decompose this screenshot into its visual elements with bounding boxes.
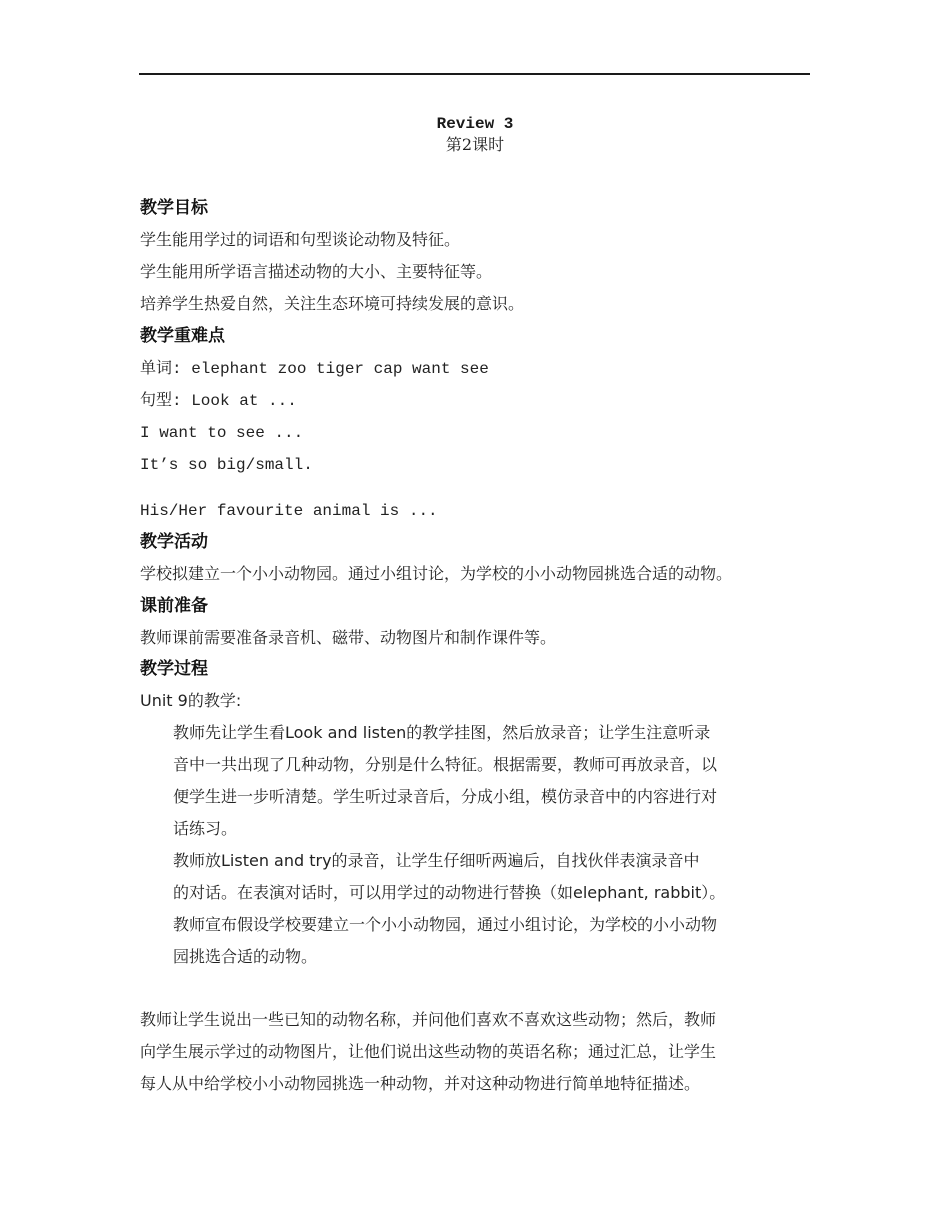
procedure-line: 音中一共出现了几种动物，分别是什么特征。根据需要，教师可再放录音，以 <box>173 754 717 776</box>
section-heading-activity: 教学活动 <box>140 531 208 553</box>
title-block: Review 3 第2课时 <box>0 114 950 156</box>
procedure-line: 话练习。 <box>173 818 237 840</box>
objective-line: 学生能用所学语言描述动物的大小、主要特征等。 <box>140 261 492 283</box>
procedure-closing-line: 向学生展示学过的动物图片，让他们说出这些动物的英语名称；通过汇总，让学生 <box>140 1041 716 1063</box>
procedure-line: 的对话。在表演对话时，可以用学过的动物进行替换（如elephant, rabbi… <box>173 882 725 904</box>
section-heading-key-points: 教学重难点 <box>140 325 225 347</box>
procedure-line: 教师先让学生看Look and listen的教学挂图，然后放录音；让学生注意听… <box>173 722 710 744</box>
objective-line: 培养学生热爱自然，关注生态环境可持续发展的意识。 <box>140 293 524 315</box>
procedure-line: 便学生进一步听清楚。学生听过录音后，分成小组，模仿录音中的内容进行对 <box>173 786 717 808</box>
key-point-sentence: It’s so big/small. <box>140 454 313 476</box>
key-point-sentence: His/Her favourite animal is ... <box>140 500 438 522</box>
key-point-vocabulary: 单词: elephant zoo tiger cap want see <box>140 358 489 380</box>
document-subtitle: 第2课时 <box>0 134 950 156</box>
procedure-closing-line: 教师让学生说出一些已知的动物名称，并问他们喜欢不喜欢这些动物；然后，教师 <box>140 1009 716 1031</box>
activity-line: 学校拟建立一个小小动物园。通过小组讨论，为学校的小小动物园挑选合适的动物。 <box>140 563 732 585</box>
section-heading-preparation: 课前准备 <box>140 595 208 617</box>
header-rule <box>139 73 810 75</box>
procedure-line: 教师放Listen and try的录音，让学生仔细听两遍后，自找伙伴表演录音中 <box>173 850 700 872</box>
key-point-sentence: I want to see ... <box>140 422 303 444</box>
procedure-line: 教师宣布假设学校要建立一个小小动物园，通过小组讨论，为学校的小小动物 <box>173 914 717 936</box>
objective-line: 学生能用学过的词语和句型谈论动物及特征。 <box>140 229 460 251</box>
procedure-unit-label: Unit 9的教学: <box>140 690 241 712</box>
preparation-line: 教师课前需要准备录音机、磁带、动物图片和制作课件等。 <box>140 627 556 649</box>
document-title: Review 3 <box>0 114 950 134</box>
procedure-closing-line: 每人从中给学校小小动物园挑选一种动物，并对这种动物进行简单地特征描述。 <box>140 1073 700 1095</box>
section-heading-procedure: 教学过程 <box>140 658 208 680</box>
procedure-line: 园挑选合适的动物。 <box>173 946 317 968</box>
key-point-sentence: 句型: Look at ... <box>140 390 297 412</box>
section-heading-objectives: 教学目标 <box>140 197 208 219</box>
